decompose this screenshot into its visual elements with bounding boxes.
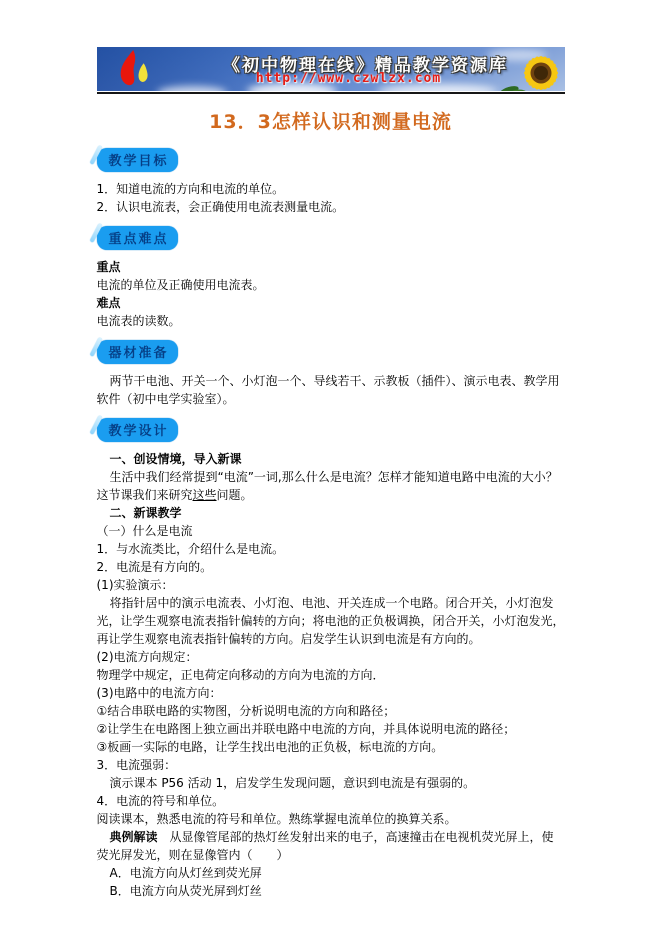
doc-text: B．电流方向从荧光屏到灯丝: [110, 884, 262, 898]
doc-bold-text: 一、创设情境，导入新课: [110, 452, 242, 466]
doc-text: 电流表的读数。: [97, 314, 181, 328]
doc-paragraph: 典例解读 从显像管尾部的热灯丝发射出来的电子，高速撞击在电视机荧光屏上，使荧光屏…: [97, 828, 565, 864]
doc-text: 两节干电池、开关一个、小灯泡一个、导线若干、示教板（插件）、演示电表、教学用软件…: [97, 374, 560, 406]
doc-text: 将指针居中的演示电流表、小灯泡、电池、开关连成一个电路。闭合开关，小灯泡发光，让…: [97, 596, 565, 646]
doc-text: A．电流方向从灯丝到荧光屏: [110, 866, 262, 880]
doc-text: 2．认识电流表，会正确使用电流表测量电流。: [97, 200, 345, 214]
doc-text: 电流的单位及正确使用电流表。: [97, 278, 265, 292]
sunflower-icon: [497, 47, 565, 91]
section-heading-row: 器材准备: [97, 340, 565, 364]
section-badge-label: 器材准备: [109, 346, 169, 361]
doc-paragraph: 阅读课本，熟悉电流的符号和单位。熟练掌握电流单位的换算关系。: [97, 810, 565, 828]
doc-text: (3)电路中的电流方向：: [97, 686, 222, 700]
doc-bold-text: 典例解读: [110, 830, 158, 844]
doc-paragraph: (1)实验演示：: [97, 576, 565, 594]
pen-icon: [89, 337, 102, 357]
doc-paragraph: 演示课本 P56 活动 1，启发学生发现问题，意识到电流是有强弱的。: [97, 774, 565, 792]
document-page: 《初中物理在线》精品教学资源库 http://www.czwlzx.com: [97, 0, 565, 900]
doc-text: 4．电流的符号和单位。: [97, 794, 225, 808]
doc-text: 2．电流是有方向的。: [97, 560, 213, 574]
doc-text: 从显像管尾部的热灯丝发射出来的电子，高速撞击在电视机荧光屏上，使荧光屏发光，则在…: [97, 830, 554, 862]
page-title: 13．3怎样认识和测量电流: [97, 107, 565, 134]
doc-text: 1．知道电流的方向和电流的单位。: [97, 182, 285, 196]
doc-paragraph: ②让学生在电路图上独立画出并联电路中电流的方向，并具体说明电流的路径；: [97, 720, 565, 738]
doc-text: 问题。: [217, 488, 253, 502]
section-badge: 教学目标: [97, 148, 178, 172]
doc-bold-text: 重点: [97, 260, 121, 274]
section-badge: 器材准备: [97, 340, 178, 364]
doc-paragraph: 二、新课教学: [97, 504, 565, 522]
section-badge-label: 教学目标: [109, 154, 169, 169]
doc-paragraph: 1．与水流类比，介绍什么是电流。: [97, 540, 565, 558]
section-heading-row: 教学设计: [97, 418, 565, 442]
doc-paragraph: 2．电流是有方向的。: [97, 558, 565, 576]
doc-text: 物理学中规定，正电荷定向移动的方向为电流的方向．: [97, 668, 385, 682]
doc-paragraph: 电流的单位及正确使用电流表。: [97, 276, 565, 294]
doc-paragraph: 生活中我们经常提到“电流”一词,那么什么是电流？怎样才能知道电路中电流的大小？这…: [97, 468, 565, 504]
doc-text: 3．电流强弱：: [97, 758, 177, 772]
site-banner: 《初中物理在线》精品教学资源库 http://www.czwlzx.com: [97, 47, 565, 91]
doc-paragraph: 将指针居中的演示电流表、小灯泡、电池、开关连成一个电路。闭合开关，小灯泡发光，让…: [97, 594, 565, 648]
doc-text: 这些: [193, 488, 217, 502]
doc-paragraph: (3)电路中的电流方向：: [97, 684, 565, 702]
doc-paragraph: A．电流方向从灯丝到荧光屏: [97, 864, 565, 882]
section-badge-label: 教学设计: [109, 424, 169, 439]
section-heading-row: 重点难点: [97, 226, 565, 250]
doc-text: ①结合串联电路的实物图，分析说明电流的方向和路径；: [97, 704, 396, 718]
doc-paragraph: 4．电流的符号和单位。: [97, 792, 565, 810]
doc-text: ②让学生在电路图上独立画出并联电路中电流的方向，并具体说明电流的路径；: [97, 722, 516, 736]
doc-paragraph: ③板画一实际的电路，让学生找出电池的正负极，标电流的方向。: [97, 738, 565, 756]
section-badge: 教学设计: [97, 418, 178, 442]
doc-text: 演示课本 P56 活动 1，启发学生发现问题，意识到电流是有强弱的。: [110, 776, 476, 790]
doc-text: （一）什么是电流: [97, 524, 193, 538]
doc-paragraph: 难点: [97, 294, 565, 312]
doc-text: (1)实验演示：: [97, 578, 174, 592]
doc-text: (2)电流方向规定：: [97, 650, 198, 664]
doc-text: 生活中我们经常提到“电流”一词,那么什么是电流？怎样才能知道电路中电流的大小？这…: [97, 470, 558, 502]
doc-paragraph: 电流表的读数。: [97, 312, 565, 330]
doc-paragraph: (2)电流方向规定：: [97, 648, 565, 666]
pen-icon: [89, 415, 102, 435]
doc-text: 1．与水流类比，介绍什么是电流。: [97, 542, 285, 556]
doc-paragraph: 一、创设情境，导入新课: [97, 450, 565, 468]
section-heading-row: 教学目标: [97, 148, 565, 172]
doc-paragraph: 两节干电池、开关一个、小灯泡一个、导线若干、示教板（插件）、演示电表、教学用软件…: [97, 372, 565, 408]
section-badge: 重点难点: [97, 226, 178, 250]
site-url-link[interactable]: http://www.czwlzx.com: [97, 71, 565, 86]
pen-icon: [89, 223, 102, 243]
cloud-decoration: [157, 86, 227, 91]
doc-bold-text: 难点: [97, 296, 121, 310]
doc-bold-text: 二、新课教学: [110, 506, 182, 520]
document-body: 教学目标1．知道电流的方向和电流的单位。2．认识电流表，会正确使用电流表测量电流…: [97, 148, 565, 900]
doc-paragraph: 3．电流强弱：: [97, 756, 565, 774]
doc-text: ③板画一实际的电路，让学生找出电池的正负极，标电流的方向。: [97, 740, 444, 754]
doc-text: 阅读课本，熟悉电流的符号和单位。熟练掌握电流单位的换算关系。: [97, 812, 457, 826]
section-badge-label: 重点难点: [109, 232, 169, 247]
doc-paragraph: B．电流方向从荧光屏到灯丝: [97, 882, 565, 900]
doc-paragraph: 物理学中规定，正电荷定向移动的方向为电流的方向．: [97, 666, 565, 684]
doc-paragraph: 重点: [97, 258, 565, 276]
banner-divider: [97, 92, 565, 94]
pen-icon: [89, 145, 102, 165]
doc-paragraph: 2．认识电流表，会正确使用电流表测量电流。: [97, 198, 565, 216]
doc-paragraph: （一）什么是电流: [97, 522, 565, 540]
doc-paragraph: 1．知道电流的方向和电流的单位。: [97, 180, 565, 198]
doc-paragraph: ①结合串联电路的实物图，分析说明电流的方向和路径；: [97, 702, 565, 720]
